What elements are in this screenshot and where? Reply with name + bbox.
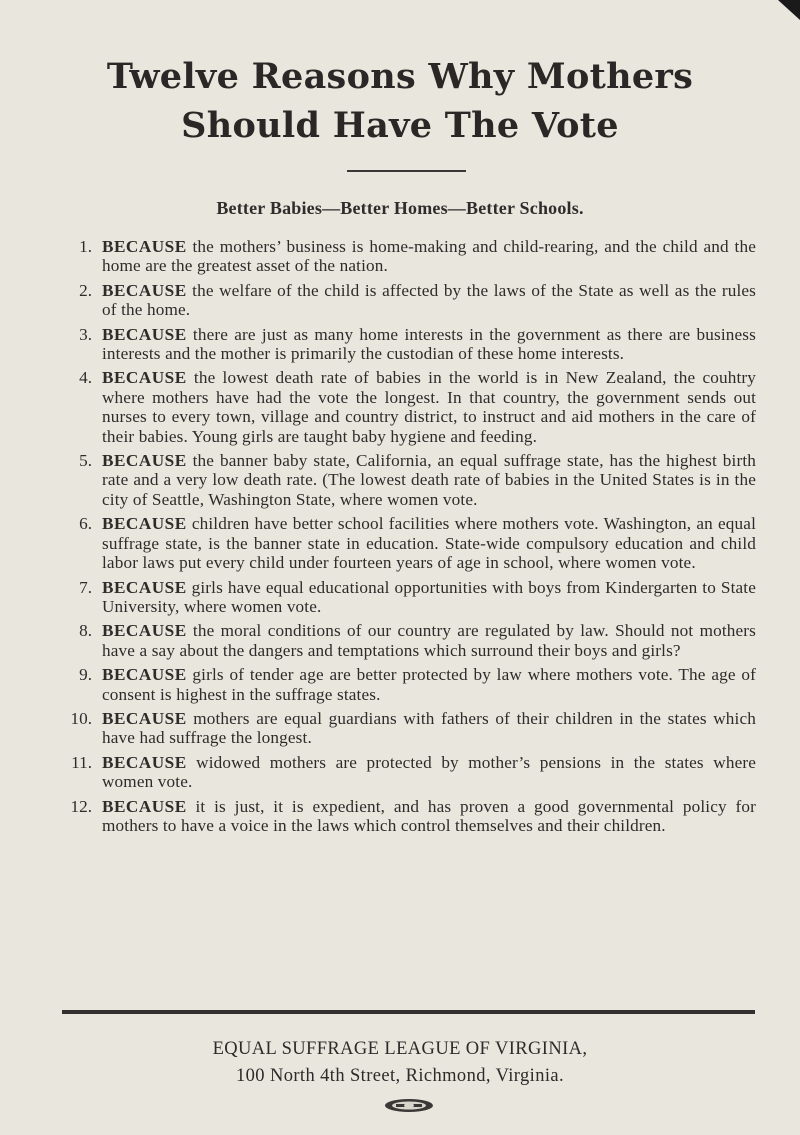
reason-body-text: the lowest death rate of babies in the w… (102, 368, 756, 445)
reason-number: 5. (60, 451, 102, 509)
because-lead-word: BECAUSE (102, 325, 187, 344)
reason-item: 9.BECAUSE girls of tender age are better… (60, 665, 756, 704)
reason-item: 12.BECAUSE it is just, it is expedient, … (60, 797, 756, 836)
reason-number: 9. (60, 665, 102, 704)
reason-text: BECAUSE the lowest death rate of babies … (102, 368, 756, 446)
reason-number: 11. (60, 753, 102, 792)
reason-text: BECAUSE the banner baby state, Californi… (102, 451, 756, 509)
reason-body-text: girls have equal educational opportuniti… (102, 578, 756, 616)
title-line-1: Twelve Reasons Why Mothers (0, 52, 800, 101)
reason-number: 3. (60, 325, 102, 364)
reason-number: 7. (60, 578, 102, 617)
because-lead-word: BECAUSE (102, 665, 187, 684)
because-lead-word: BECAUSE (102, 621, 187, 640)
because-lead-word: BECAUSE (102, 451, 187, 470)
reason-body-text: widowed mothers are protected by mother’… (102, 753, 756, 791)
reason-number: 4. (60, 368, 102, 446)
because-lead-word: BECAUSE (102, 237, 187, 256)
reason-text: BECAUSE it is just, it is expedient, and… (102, 797, 756, 836)
reason-text: BECAUSE the welfare of the child is affe… (102, 281, 756, 320)
reason-body-text: the banner baby state, California, an eq… (102, 451, 756, 509)
reason-text: BECAUSE children have better school faci… (102, 514, 756, 572)
because-lead-word: BECAUSE (102, 797, 187, 816)
page-corner-fold (778, 0, 800, 20)
reason-item: 6.BECAUSE children have better school fa… (60, 514, 756, 572)
reason-item: 8.BECAUSE the moral conditions of our co… (60, 621, 756, 660)
because-lead-word: BECAUSE (102, 514, 187, 533)
reason-text: BECAUSE girls have equal educational opp… (102, 578, 756, 617)
reason-text: BECAUSE mothers are equal guardians with… (102, 709, 756, 748)
reason-body-text: the moral conditions of our country are … (102, 621, 756, 659)
reason-number: 2. (60, 281, 102, 320)
because-lead-word: BECAUSE (102, 709, 187, 728)
reason-item: 7.BECAUSE girls have equal educational o… (60, 578, 756, 617)
subtitle: Better Babies—Better Homes—Better School… (0, 198, 800, 219)
title-divider (347, 170, 466, 172)
reason-number: 1. (60, 237, 102, 276)
reason-number: 10. (60, 709, 102, 748)
reason-body-text: girls of tender age are better protected… (102, 665, 756, 703)
reason-body-text: it is just, it is expedient, and has pro… (102, 797, 756, 835)
reason-number: 6. (60, 514, 102, 572)
footer-organization: EQUAL SUFFRAGE LEAGUE OF VIRGINIA, (0, 1039, 800, 1060)
reason-body-text: there are just as many home interests in… (102, 325, 756, 363)
reason-number: 12. (60, 797, 102, 836)
reason-body-text: children have better school facilities w… (102, 514, 756, 572)
reason-text: BECAUSE widowed mothers are protected by… (102, 753, 756, 792)
reasons-list: 1.BECAUSE the mothers’ business is home-… (60, 237, 756, 840)
footer-divider (62, 1010, 755, 1014)
because-lead-word: BECAUSE (102, 578, 187, 597)
reason-item: 2.BECAUSE the welfare of the child is af… (60, 281, 756, 320)
reason-text: BECAUSE the mothers’ business is home-ma… (102, 237, 756, 276)
reason-body-text: mothers are equal guardians with fathers… (102, 709, 756, 747)
because-lead-word: BECAUSE (102, 368, 187, 387)
reason-item: 10.BECAUSE mothers are equal guardians w… (60, 709, 756, 748)
reason-item: 11.BECAUSE widowed mothers are protected… (60, 753, 756, 792)
reason-number: 8. (60, 621, 102, 660)
reason-item: 1.BECAUSE the mothers’ business is home-… (60, 237, 756, 276)
reason-body-text: the mothers’ business is home-making and… (102, 237, 756, 275)
page-title: Twelve Reasons Why Mothers Should Have T… (0, 52, 800, 150)
title-line-2: Should Have The Vote (0, 101, 800, 150)
reason-text: BECAUSE there are just as many home inte… (102, 325, 756, 364)
reason-text: BECAUSE girls of tender age are better p… (102, 665, 756, 704)
because-lead-word: BECAUSE (102, 281, 187, 300)
footer-address: 100 North 4th Street, Richmond, Virginia… (0, 1066, 800, 1087)
reason-body-text: the welfare of the child is affected by … (102, 281, 756, 319)
reason-item: 5.BECAUSE the banner baby state, Califor… (60, 451, 756, 509)
reason-item: 4.BECAUSE the lowest death rate of babie… (60, 368, 756, 446)
because-lead-word: BECAUSE (102, 753, 187, 772)
reason-text: BECAUSE the moral conditions of our coun… (102, 621, 756, 660)
union-bug-icon (384, 1098, 434, 1113)
reason-item: 3.BECAUSE there are just as many home in… (60, 325, 756, 364)
